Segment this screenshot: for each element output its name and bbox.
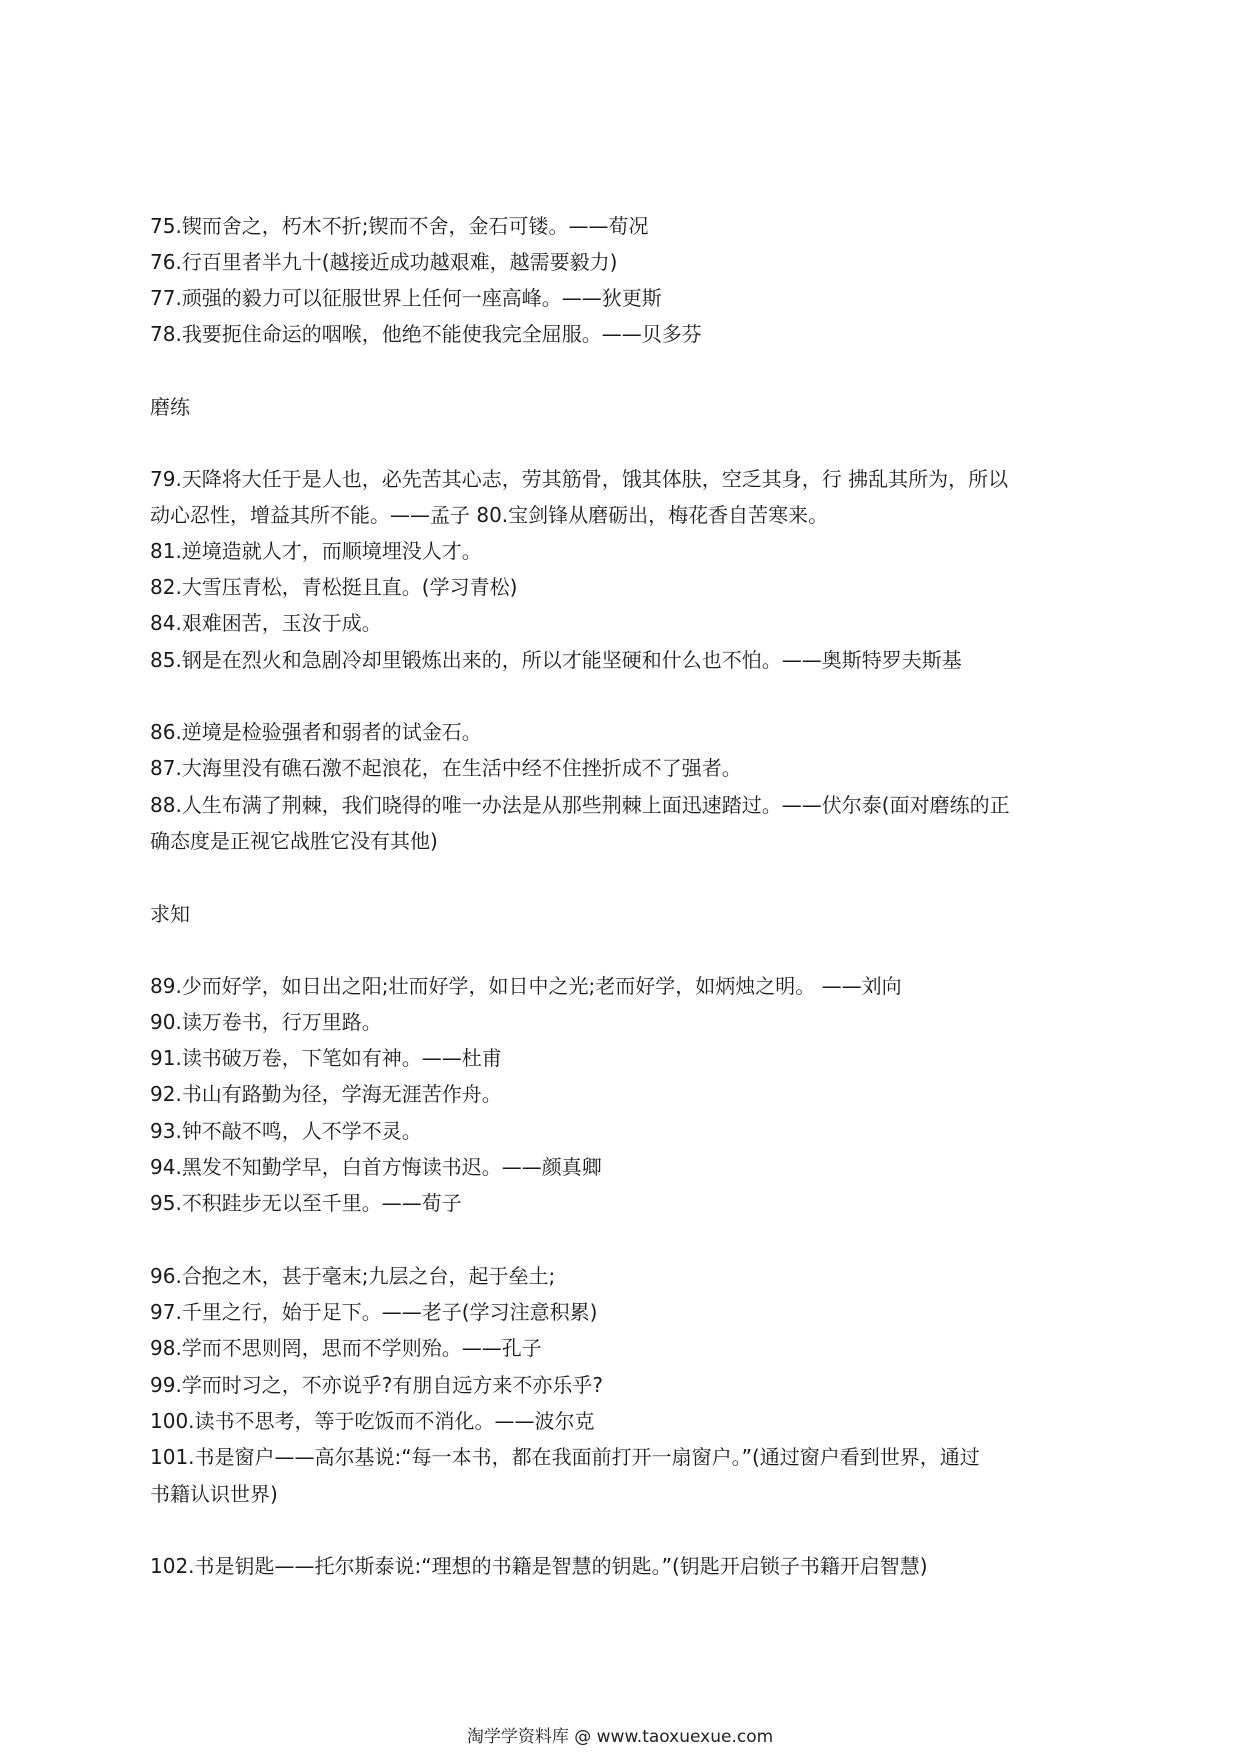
- quote-text: 我要扼住命运的咽喉，他绝不能使我完全屈服。——贝多芬: [182, 322, 702, 346]
- quote-number: 90.: [150, 1010, 182, 1034]
- quote-76: 76.行百里者半九十(越接近成功越艰难，越需要毅力): [150, 244, 1100, 281]
- quote-number: 100.: [150, 1409, 195, 1433]
- quote-75: 75.锲而舍之，朽木不折;锲而不舍，金石可镂。——荀况: [150, 208, 1100, 245]
- quote-number: 99.: [150, 1373, 182, 1397]
- quote-77: 77.顽强的毅力可以征服世界上任何一座高峰。——狄更斯: [150, 280, 1100, 317]
- quote-86: 86.逆境是检验强者和弱者的试金石。: [150, 714, 1100, 751]
- section-heading-molian: 磨练: [150, 389, 1100, 426]
- quote-text: 书山有路勤为径，学海无涯苦作舟。: [182, 1082, 502, 1106]
- quote-95: 95.不积跬步无以至千里。——荀子: [150, 1185, 1100, 1222]
- quote-text: 书是钥匙——托尔斯泰说:“理想的书籍是智慧的钥匙。”(钥匙开启锁子书籍开启智慧): [195, 1554, 928, 1578]
- quote-text: 逆境是检验强者和弱者的试金石。: [182, 720, 482, 744]
- quote-text: 艰难困苦，玉汝于成。: [182, 611, 382, 635]
- quote-number: 101.: [150, 1445, 195, 1469]
- quote-number: 84.: [150, 611, 182, 635]
- quote-text: 不积跬步无以至千里。——荀子: [182, 1191, 462, 1215]
- quote-number: 95.: [150, 1191, 182, 1215]
- quote-84: 84.艰难困苦，玉汝于成。: [150, 605, 1100, 642]
- quote-number: 102.: [150, 1554, 195, 1578]
- quote-number: 93.: [150, 1119, 182, 1143]
- quote-82: 82.大雪压青松，青松挺且直。(学习青松): [150, 569, 1100, 606]
- quote-88: 88.人生布满了荆棘，我们晓得的唯一办法是从那些荆棘上面迅速踏过。——伏尔泰(面…: [150, 787, 1100, 824]
- quote-text: 逆境造就人才，而顺境埋没人才。: [182, 539, 482, 563]
- quote-number: 94.: [150, 1155, 182, 1179]
- quote-text: 黑发不知勤学早，白首方悔读书迟。——颜真卿: [182, 1155, 602, 1179]
- quote-text: 钟不敲不鸣，人不学不灵。: [182, 1119, 422, 1143]
- quote-number: 97.: [150, 1300, 182, 1324]
- quote-number: 82.: [150, 575, 182, 599]
- quote-number: 85.: [150, 648, 182, 672]
- section-heading-qiuzhi: 求知: [150, 896, 1100, 933]
- quote-number: 79.: [150, 467, 182, 491]
- quote-number: 91.: [150, 1046, 182, 1070]
- quote-text: 读书不思考，等于吃饭而不消化。——波尔克: [195, 1409, 595, 1433]
- quote-text: 钢是在烈火和急剧冷却里锻炼出来的，所以才能坚硬和什么也不怕。——奥斯特罗夫斯基: [182, 648, 962, 672]
- quote-text: 千里之行，始于足下。——老子(学习注意积累): [182, 1300, 598, 1324]
- quote-94: 94.黑发不知勤学早，白首方悔读书迟。——颜真卿: [150, 1149, 1100, 1186]
- quote-85: 85.钢是在烈火和急剧冷却里锻炼出来的，所以才能坚硬和什么也不怕。——奥斯特罗夫…: [150, 642, 1100, 679]
- quote-90: 90.读万卷书，行万里路。: [150, 1004, 1100, 1041]
- quote-number: 92.: [150, 1082, 182, 1106]
- quote-93: 93.钟不敲不鸣，人不学不灵。: [150, 1113, 1100, 1150]
- quote-text: 大雪压青松，青松挺且直。(学习青松): [182, 575, 518, 599]
- quote-text: 行百里者半九十(越接近成功越艰难，越需要毅力): [182, 250, 618, 274]
- quote-number: 86.: [150, 720, 182, 744]
- quote-88-cont: 确态度是正视它战胜它没有其他): [150, 823, 1100, 860]
- quote-text: 读万卷书，行万里路。: [182, 1010, 382, 1034]
- quote-79: 79.天降将大任于是人也，必先苦其心志，劳其筋骨，饿其体肤，空乏其身，行 拂乱其…: [150, 461, 1100, 498]
- quote-text: 学而时习之，不亦说乎?有朋自远方来不亦乐乎?: [182, 1373, 603, 1397]
- quote-89: 89.少而好学，如日出之阳;壮而好学，如日中之光;老而好学，如炳烛之明。 ——刘…: [150, 968, 1100, 1005]
- quote-text: 人生布满了荆棘，我们晓得的唯一办法是从那些荆棘上面迅速踏过。——伏尔泰(面对磨练…: [182, 793, 1010, 817]
- quote-number: 78.: [150, 322, 182, 346]
- quote-number: 81.: [150, 539, 182, 563]
- quote-92: 92.书山有路勤为径，学海无涯苦作舟。: [150, 1076, 1100, 1113]
- quote-text: 大海里没有礁石激不起浪花，在生活中经不住挫折成不了强者。: [182, 756, 742, 780]
- quote-96: 96.合抱之木，甚于毫末;九层之台，起于垒土;: [150, 1258, 1100, 1295]
- quote-number: 98.: [150, 1336, 182, 1360]
- quote-number: 75.: [150, 214, 182, 238]
- quote-number: 88.: [150, 793, 182, 817]
- quote-number: 89.: [150, 974, 182, 998]
- quote-text: 学而不思则罔，思而不学则殆。——孔子: [182, 1336, 542, 1360]
- quote-87: 87.大海里没有礁石激不起浪花，在生活中经不住挫折成不了强者。: [150, 750, 1100, 787]
- quote-99: 99.学而时习之，不亦说乎?有朋自远方来不亦乐乎?: [150, 1367, 1100, 1404]
- quote-text: 锲而舍之，朽木不折;锲而不舍，金石可镂。——荀况: [182, 214, 649, 238]
- quote-101-cont: 书籍认识世界): [150, 1476, 1100, 1513]
- footer-watermark: 淘学学资料库 @ www.taoxuexue.com: [0, 1722, 1240, 1747]
- quote-text: 合抱之木，甚于毫末;九层之台，起于垒土;: [182, 1264, 555, 1288]
- quote-number: 87.: [150, 756, 182, 780]
- quote-100: 100.读书不思考，等于吃饭而不消化。——波尔克: [150, 1403, 1100, 1440]
- quote-text: 天降将大任于是人也，必先苦其心志，劳其筋骨，饿其体肤，空乏其身，行 拂乱其所为，…: [182, 467, 1008, 491]
- quote-number: 76.: [150, 250, 182, 274]
- quote-number: 77.: [150, 286, 182, 310]
- quote-98: 98.学而不思则罔，思而不学则殆。——孔子: [150, 1330, 1100, 1367]
- quote-number: 96.: [150, 1264, 182, 1288]
- quote-101: 101.书是窗户——高尔基说:“每一本书，都在我面前打开一扇窗户。”(通过窗户看…: [150, 1439, 1100, 1476]
- quote-text: 读书破万卷，下笔如有神。——杜甫: [182, 1046, 502, 1070]
- quote-text: 顽强的毅力可以征服世界上任何一座高峰。——狄更斯: [182, 286, 662, 310]
- quote-97: 97.千里之行，始于足下。——老子(学习注意积累): [150, 1294, 1100, 1331]
- quote-text: 少而好学，如日出之阳;壮而好学，如日中之光;老而好学，如炳烛之明。 ——刘向: [182, 974, 902, 998]
- quote-78: 78.我要扼住命运的咽喉，他绝不能使我完全屈服。——贝多芬: [150, 316, 1100, 353]
- quote-91: 91.读书破万卷，下笔如有神。——杜甫: [150, 1040, 1100, 1077]
- quote-79-cont: 动心忍性，增益其所不能。——孟子 80.宝剑锋从磨砺出，梅花香自苦寒来。: [150, 497, 1100, 534]
- quote-102: 102.书是钥匙——托尔斯泰说:“理想的书籍是智慧的钥匙。”(钥匙开启锁子书籍开…: [150, 1548, 1100, 1585]
- quote-text: 书是窗户——高尔基说:“每一本书，都在我面前打开一扇窗户。”(通过窗户看到世界，…: [195, 1445, 980, 1469]
- quote-81: 81.逆境造就人才，而顺境埋没人才。: [150, 533, 1100, 570]
